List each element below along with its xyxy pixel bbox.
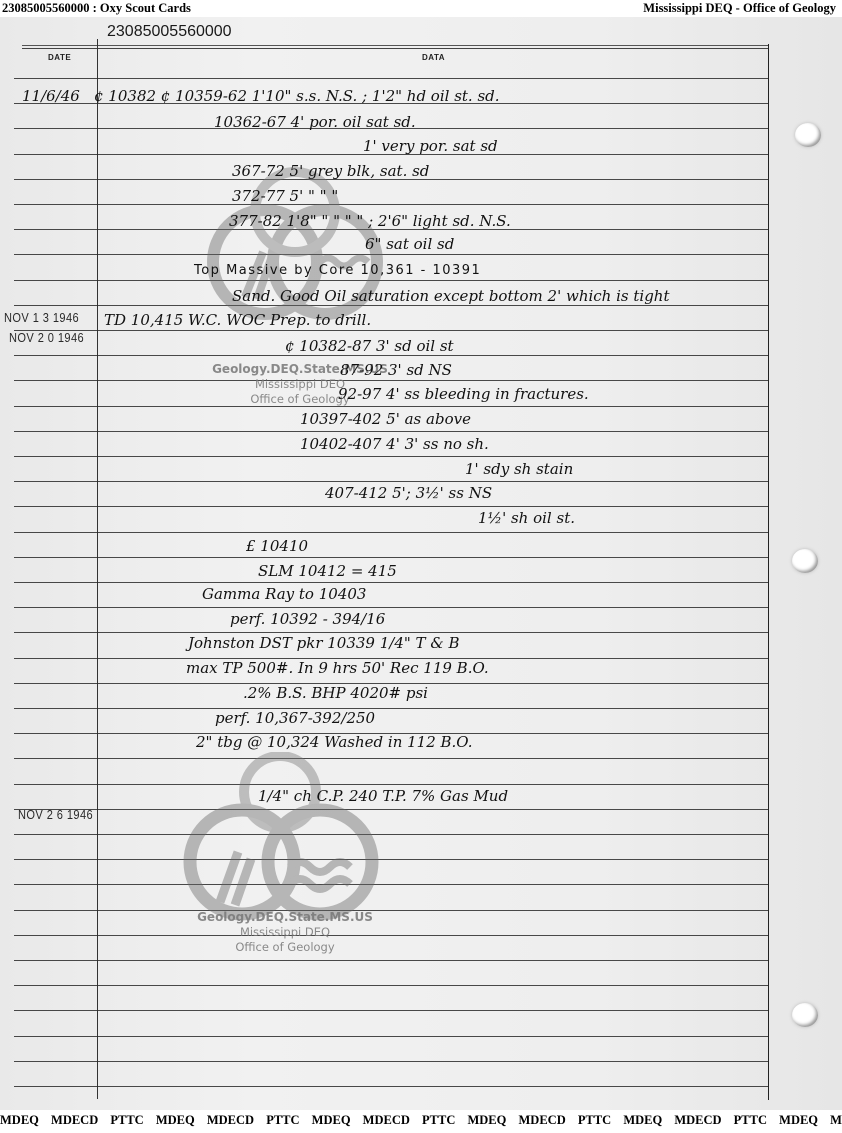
ruled-line — [14, 607, 768, 608]
entry-line: 92-97 4' ss bleeding in fractures. — [338, 385, 589, 403]
footer-item: PTTC — [266, 1113, 299, 1127]
entry-line: max TP 500#. In 9 hrs 50' Rec 119 B.O. — [186, 659, 489, 677]
footer-item: MDEQ — [312, 1113, 351, 1127]
watermark-logo-icon — [180, 752, 385, 922]
ruled-line — [14, 1010, 768, 1011]
api-number: 23085005560000 — [107, 23, 232, 41]
ruled-line — [14, 78, 768, 79]
ruled-line — [14, 1061, 768, 1062]
ruled-line — [14, 809, 768, 810]
ruled-line — [14, 204, 768, 205]
ruled-line — [14, 960, 768, 961]
ruled-line — [14, 758, 768, 759]
ruled-line — [14, 456, 768, 457]
ruled-line — [14, 985, 768, 986]
date-stamp: NOV 2 6 1946 — [18, 807, 93, 822]
ruled-line — [14, 910, 768, 911]
ruled-line — [14, 532, 768, 533]
ruled-line — [14, 330, 768, 331]
footer-item: PTTC — [578, 1113, 611, 1127]
header-rule — [22, 48, 768, 49]
ruled-line — [14, 1036, 768, 1037]
footer-item: PTTC — [110, 1113, 143, 1127]
footer-item: MDECD — [519, 1113, 566, 1127]
footer-item: MDECD — [674, 1113, 721, 1127]
footer-item: MDECD — [51, 1113, 98, 1127]
footer-banner: MDEQ MDECD PTTC MDEQ MDECD PTTC MDEQ MDE… — [0, 1113, 842, 1133]
ruled-line — [14, 859, 768, 860]
entry-line: Sand. Good Oil saturation except bottom … — [232, 287, 669, 305]
entry-line: ¢ 10382-87 3' sd oil st — [285, 337, 454, 355]
date-column-divider — [97, 39, 98, 1099]
entry-line: ¢ 10382 ¢ 10359-62 1'10" s.s. N.S. ; 1'2… — [94, 87, 500, 105]
entry-line: SLM 10412 = 415 — [258, 562, 397, 580]
ruled-line — [14, 557, 768, 558]
entry-date: 11/6/46 — [22, 87, 80, 105]
entry-line: 1½' sh oil st. — [478, 509, 575, 527]
entry-line: perf. 10392 - 394/16 — [230, 610, 385, 628]
ruled-line — [14, 935, 768, 936]
date-stamp: NOV 2 0 1946 — [9, 330, 84, 345]
ruled-line — [14, 1086, 768, 1087]
entry-line: 87-92 3' sd NS — [340, 361, 452, 379]
entry-line: 6" sat oil sd — [365, 235, 454, 253]
entry-line: 372-77 5' " " " — [232, 187, 338, 205]
agency-title: Mississippi DEQ - Office of Geology — [643, 1, 836, 16]
binder-hole — [792, 1003, 818, 1027]
entry-line: 1/4" ch C.P. 240 T.P. 7% Gas Mud — [258, 787, 508, 805]
ruled-line — [14, 481, 768, 482]
entry-line: TD 10,415 W.C. WOC Prep. to drill. — [104, 311, 371, 329]
page-header: 23085005560000 : Oxy Scout Cards Mississ… — [0, 0, 842, 17]
scout-card: 23085005560000 DATE DATA Geology.DEQ.Sta… — [0, 17, 842, 1110]
footer-item: PTTC — [734, 1113, 767, 1127]
ruled-line — [14, 355, 768, 356]
ruled-line — [14, 431, 768, 432]
binder-hole — [792, 549, 818, 573]
footer-item: MDEQ — [156, 1113, 195, 1127]
entry-line: 10362-67 4' por. oil sat sd. — [214, 113, 416, 131]
ruled-line — [14, 280, 768, 281]
entry-line: 10402-407 4' 3' ss no sh. — [300, 435, 489, 453]
data-column-header: DATA — [422, 53, 445, 62]
entry-line: 407-412 5'; 3½' ss NS — [325, 484, 492, 502]
header-rule — [22, 45, 768, 46]
footer-item: MDEQ — [0, 1113, 39, 1127]
footer-item: MDEQ — [779, 1113, 818, 1127]
entry-line: Johnston DST pkr 10339 1/4" T & B — [188, 634, 459, 652]
date-column-header: DATE — [48, 53, 71, 62]
entry-line: 367-72 5' grey blk, sat. sd — [232, 162, 429, 180]
footer-item: MDEQ — [467, 1113, 506, 1127]
footer-item: PTTC — [422, 1113, 455, 1127]
entry-line: 2" tbg @ 10,324 Washed in 112 B.O. — [196, 733, 473, 751]
entry-line: £ 10410 — [246, 537, 308, 555]
ruled-line — [14, 708, 768, 709]
entry-line: 1' very por. sat sd — [363, 137, 498, 155]
entry-line: .2% B.S. BHP 4020# psi — [243, 684, 428, 702]
entry-line: 10397-402 5' as above — [300, 410, 471, 428]
entry-line: perf. 10,367-392/250 — [215, 709, 375, 727]
ruled-line — [14, 884, 768, 885]
footer-item: MDECD — [207, 1113, 254, 1127]
footer-item: MDEQ — [623, 1113, 662, 1127]
entry-line: 1' sdy sh stain — [465, 460, 573, 478]
ruled-line — [14, 784, 768, 785]
entry-line: Gamma Ray to 10403 — [202, 585, 366, 603]
footer-item: MDECD — [363, 1113, 410, 1127]
entry-line: Top Massive by Core 10,361 - 10391 — [194, 263, 481, 278]
date-stamp: NOV 1 3 1946 — [4, 310, 79, 325]
watermark-text: Geology.DEQ.State.MS.US Mississippi DEQ … — [185, 910, 385, 955]
entry-line: 377-82 1'8" " " " " ; 2'6" light sd. N.S… — [229, 212, 511, 230]
record-title: 23085005560000 : Oxy Scout Cards — [2, 1, 191, 16]
ruled-line — [14, 506, 768, 507]
ruled-line — [14, 254, 768, 255]
card-right-border — [768, 44, 769, 1100]
ruled-line — [14, 834, 768, 835]
binder-hole — [795, 123, 821, 147]
footer-item: MDECD — [830, 1113, 842, 1127]
ruled-line — [14, 582, 768, 583]
